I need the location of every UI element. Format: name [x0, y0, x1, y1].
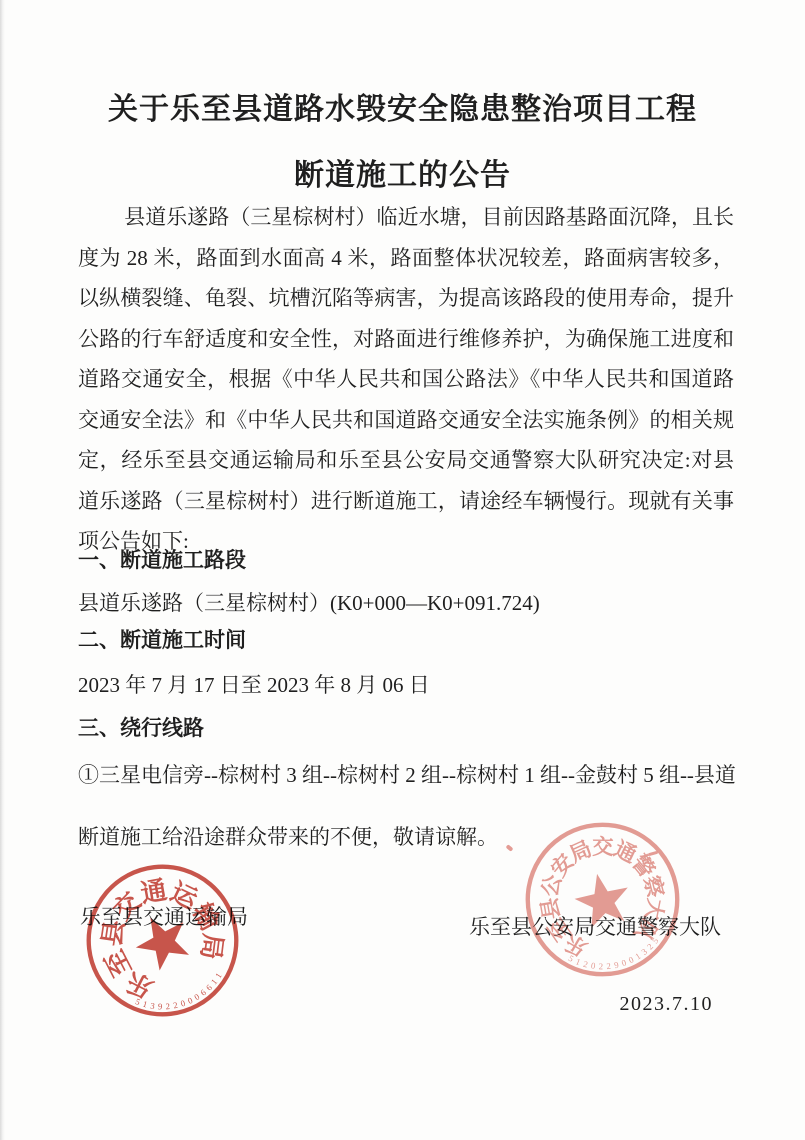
svg-text:2: 2: [599, 961, 604, 971]
svg-text:2: 2: [606, 961, 611, 971]
section-1-content: 县道乐遂路（三星棕树村）(K0+000—K0+091.724): [78, 591, 738, 616]
title-line-1: 关于乐至县道路水毁安全隐患整治项目工程: [0, 77, 805, 143]
svg-text:0: 0: [590, 960, 596, 971]
svg-text:通: 通: [138, 875, 169, 908]
section-2-content: 2023 年 7 月 17 日至 2023 年 8 月 06 日: [78, 673, 738, 698]
svg-text:2: 2: [582, 959, 589, 970]
svg-text:2: 2: [165, 1001, 170, 1011]
svg-text:局: 局: [196, 932, 228, 961]
section-2-heading: 二、断道施工时间: [78, 628, 738, 653]
transport-bureau-seal: 乐至县交通运输局5139220006611: [56, 834, 268, 1046]
svg-text:0: 0: [179, 998, 186, 1009]
section-3-heading: 三、绕行线路: [78, 716, 738, 741]
section-1-heading: 一、断道施工路段: [78, 548, 738, 573]
svg-text:1: 1: [213, 971, 224, 980]
document-title: 关于乐至县道路水毁安全隐患整治项目工程 断道施工的公告: [0, 77, 805, 209]
intro-paragraph: 县道乐遂路（三星棕树村）临近水塘，目前因路基路面沉降，且长度为 28 米，路面到…: [78, 197, 734, 562]
svg-text:0: 0: [620, 957, 628, 968]
svg-text:9: 9: [158, 1001, 163, 1011]
svg-text:2: 2: [172, 1000, 178, 1011]
svg-text:3: 3: [150, 1000, 156, 1011]
section-3-content: ①三星电信旁--棕树村 3 组--棕树村 2 组--棕树村 1 组--金鼓村 5…: [78, 763, 738, 788]
announcement-document: 关于乐至县道路水毁安全隐患整治项目工程 断道施工的公告 县道乐遂路（三星棕树村）…: [0, 0, 805, 1140]
signature-date: 2023.7.10: [560, 993, 713, 1016]
svg-text:9: 9: [613, 959, 620, 970]
police-traffic-seal: 乐至县公安局交通警察大队5120229001325: [508, 805, 697, 994]
svg-text:0: 0: [186, 995, 194, 1006]
